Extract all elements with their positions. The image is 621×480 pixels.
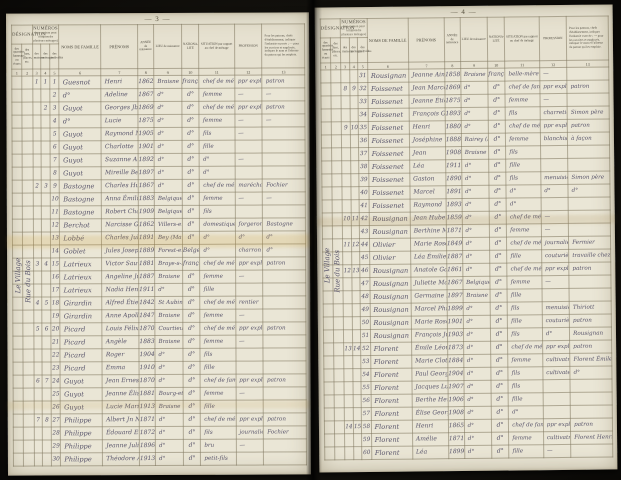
cell-pat <box>264 439 307 452</box>
cell-designation-rue <box>333 304 343 317</box>
cell-sit: chef de ménage <box>200 257 235 270</box>
cell-me <box>43 427 52 440</box>
cell-ma: 11 <box>343 239 352 252</box>
cell-an: 1887 <box>446 251 462 264</box>
cell-lieu: d° <box>155 374 183 387</box>
cell-nom: Rousignan <box>367 69 408 82</box>
cell-me <box>353 434 362 447</box>
cell-lieu: d° <box>464 393 491 406</box>
cell-sit: belle-mère <box>505 68 540 81</box>
cell-ma <box>343 278 352 291</box>
cell-pat: Bastogne <box>263 218 306 231</box>
cell-pre: Louis Félix <box>102 323 139 336</box>
cell-o: 29 <box>51 440 60 453</box>
cell-nat: d° <box>491 341 508 354</box>
cell-designation-rue <box>22 115 32 128</box>
cell-o: 35 <box>359 122 368 135</box>
cell-o: 11 <box>50 206 59 219</box>
cell-pre: Amélie <box>412 433 448 446</box>
cell-designation-rue <box>23 219 33 232</box>
cell-me <box>42 336 51 349</box>
cell-designation-rue <box>332 161 342 174</box>
cell-designation-quartier <box>12 128 22 141</box>
cell-pre: Jean <box>409 147 445 160</box>
scanned-page-left: — 3 — Le Village Rue du Bois DÉSIGNATION… <box>6 12 311 475</box>
cell-designation-quartier <box>13 245 23 258</box>
cell-an: 1867 <box>447 277 463 290</box>
column-header-noms: NOMS DE FAMILLE <box>367 18 409 62</box>
cell-ma <box>344 369 353 382</box>
cell-pat: à façon <box>568 132 610 145</box>
cell-nom: Picard <box>60 336 102 349</box>
table-row: 4d°Lucie1875d°d°femme—— <box>12 114 305 128</box>
cell-me: 6 <box>42 323 51 336</box>
cell-o: 39 <box>359 174 368 187</box>
cell-o: 9 <box>50 180 59 193</box>
table-row: 239BastogneCharles Hubert1867d°d°chef de… <box>12 179 305 193</box>
column-header-prenoms: PRÉNOMS <box>101 25 138 69</box>
cell-ma: 5 <box>33 323 42 336</box>
cell-nat: d° <box>183 348 201 361</box>
cell-ma <box>342 135 351 148</box>
cell-prof <box>235 205 263 218</box>
cell-me <box>351 200 360 213</box>
cell-pat: — <box>262 114 305 127</box>
cell-designation-rue <box>22 102 32 115</box>
cell-o: 1 <box>50 76 59 89</box>
cell-sit: fils <box>200 348 235 361</box>
cell-prof: — <box>542 275 569 288</box>
cell-lieu: d° <box>461 107 488 120</box>
cell-sit: fils <box>508 328 543 341</box>
cell-designation-quartier <box>323 252 333 265</box>
column-header-profession: PROFESSION <box>539 16 567 60</box>
cell-o: 48 <box>360 291 369 304</box>
cell-prof: maréchal ferrant <box>235 179 263 192</box>
cell-designation-rue <box>23 245 33 258</box>
cell-prof: ppr exploitant <box>542 340 569 353</box>
cell-prof: menuisier <box>542 301 569 314</box>
cell-an: 1881 <box>139 388 155 401</box>
cell-lieu: d° <box>463 302 490 315</box>
table-row: 26GuyotLucie Marie Renée1913Braisned°fil… <box>13 400 306 414</box>
cell-designation-quartier <box>324 369 334 382</box>
cell-prof: ppr exploitant <box>543 418 570 431</box>
cell-ma: 2 <box>33 180 42 193</box>
cell-an: 1859 <box>446 212 462 225</box>
column-header-annee: ANNÉE de naissance <box>444 18 460 62</box>
cell-designation-quartier <box>321 96 331 109</box>
cell-sit: fils <box>508 367 543 380</box>
cell-prof <box>540 158 567 171</box>
column-header-profession: PROFESSION <box>234 24 262 68</box>
cell-pre: Anatole Gaspard <box>411 264 447 277</box>
cell-nom: Foissenet <box>369 199 410 212</box>
cell-me: 3 <box>42 180 51 193</box>
cell-sit: femme <box>200 335 235 348</box>
cell-nat: d° <box>490 263 507 276</box>
cell-o: 13 <box>51 232 60 245</box>
cell-an: 1862 <box>138 76 154 89</box>
cell-o: 40 <box>359 187 368 200</box>
cell-lieu: d° <box>461 120 488 133</box>
cell-pat <box>263 361 306 374</box>
cell-sit: fille <box>508 315 543 328</box>
photo-background: — 3 — Le Village Rue du Bois DÉSIGNATION… <box>0 0 621 480</box>
cell-an: 1867 <box>138 89 154 102</box>
cell-pat <box>263 296 306 309</box>
cell-designation-rue <box>334 356 344 369</box>
cell-nat: d° <box>182 166 200 179</box>
cell-nat: d° <box>183 439 201 452</box>
cell-designation-quartier <box>13 310 23 323</box>
cell-me <box>42 232 51 245</box>
cell-pat: patron <box>263 322 306 335</box>
cell-pre: Émile Léon <box>411 342 447 355</box>
cell-designation-rue <box>23 414 33 427</box>
cell-lieu: Braisne <box>463 289 490 302</box>
cell-pat: patron <box>263 257 306 270</box>
cell-an: 1892 <box>138 154 154 167</box>
table-row: 7827PhilippeAlbert Jn Nicolas1871d°d°che… <box>13 413 306 427</box>
cell-pat <box>263 140 306 153</box>
cell-sit: fille <box>200 361 235 374</box>
cell-lieu: d° <box>154 88 182 101</box>
cell-ma <box>34 427 43 440</box>
cell-ma: 6 <box>34 375 43 388</box>
cell-me <box>42 206 51 219</box>
cell-pre: Jean Hubert Aimé <box>410 212 446 225</box>
cell-ma <box>32 115 41 128</box>
cell-nom: d° <box>59 115 101 128</box>
cell-designation-rue <box>334 343 344 356</box>
cell-o: 19 <box>51 310 60 323</box>
cell-designation-rue <box>24 427 34 440</box>
cell-sit: d° <box>509 406 544 419</box>
cell-nom: Florent <box>370 342 411 355</box>
cell-ma <box>33 271 42 284</box>
cell-an: 1875 <box>445 95 461 108</box>
cell-ma <box>345 434 354 447</box>
cell-lieu: d° <box>463 341 490 354</box>
cell-lieu: d° <box>462 250 489 263</box>
cell-pre: Alfred Étienne <box>102 297 139 310</box>
cell-designation-rue <box>23 284 33 297</box>
cell-designation-rue <box>22 89 32 102</box>
cell-an: 1881 <box>139 258 155 271</box>
cell-designation-rue <box>332 213 342 226</box>
cell-sit: fils <box>200 205 235 218</box>
cell-nat: d° <box>491 354 508 367</box>
cell-lieu: Villers-en-Prayères <box>154 218 182 231</box>
cell-an: 1899 <box>448 446 464 459</box>
cell-nom: Bastogne <box>60 180 102 193</box>
cell-nom: Foissenet <box>368 134 409 147</box>
cell-me <box>353 356 362 369</box>
cell-an: 1847 <box>139 310 155 323</box>
cell-pre: Léa <box>409 160 445 173</box>
cell-prof: charron <box>235 244 263 257</box>
cell-designation-quartier <box>322 239 332 252</box>
cell-designation-quartier <box>323 304 333 317</box>
cell-lieu: d° <box>461 159 488 172</box>
cell-nat: Belge <box>182 244 200 257</box>
cell-pre: Anna Émilie <box>102 193 139 206</box>
cell-o: 12 <box>50 219 59 232</box>
cell-an: 1862 <box>138 219 154 232</box>
cell-sit: fils <box>505 107 540 120</box>
cell-nat: d° <box>182 179 200 192</box>
cell-sit: d° <box>200 244 235 257</box>
cell-designation-rue <box>23 362 33 375</box>
cell-ma <box>33 219 42 232</box>
cell-pre: Charles Jules <box>102 232 139 245</box>
cell-o: 26 <box>51 401 60 414</box>
cell-nom: Rousignan <box>370 329 411 342</box>
cell-an: 1872 <box>139 427 155 440</box>
cell-pre: Germaine Estelle <box>411 290 447 303</box>
cell-lieu: d° <box>154 101 182 114</box>
cell-lieu: d° <box>463 328 490 341</box>
cell-o: 14 <box>51 245 60 258</box>
cell-designation-quartier <box>12 206 22 219</box>
cell-nat: d° <box>489 159 506 172</box>
cell-ma <box>33 193 42 206</box>
cell-pre: Élise Georgette <box>412 407 448 420</box>
cell-sit: d° <box>506 198 541 211</box>
cell-lieu: Braisne <box>154 75 182 88</box>
column-header-annee: ANNÉE de naissance <box>137 25 153 69</box>
cell-designation-quartier <box>321 83 331 96</box>
cell-designation-rue <box>23 193 33 206</box>
cell-nat: d° <box>490 315 507 328</box>
cell-prof: ppr exploitant <box>236 413 264 426</box>
cell-sit: chef de ménage <box>200 179 235 192</box>
cell-designation-rue <box>333 278 343 291</box>
cell-nom: Florent <box>370 355 411 368</box>
cell-pre: Anne Apolline <box>102 310 139 323</box>
cell-prof: — <box>236 335 264 348</box>
cell-lieu: d° <box>464 406 491 419</box>
cell-prof <box>236 400 264 413</box>
cell-designation-quartier <box>321 109 331 122</box>
cell-pat: Fochier <box>264 426 307 439</box>
cell-nom: Foissenet <box>367 82 408 95</box>
cell-me <box>42 401 51 414</box>
cell-ma <box>33 245 42 258</box>
cell-designation-rue <box>331 135 341 148</box>
cell-pre: Suzanne Anna <box>101 154 138 167</box>
cell-pre: Jacques Lucien <box>412 381 448 394</box>
cell-pat: patron <box>264 374 307 387</box>
cell-o: 10 <box>50 193 59 206</box>
cell-o: 20 <box>51 323 60 336</box>
cell-lieu: d° <box>462 198 489 211</box>
cell-an: 1865 <box>448 420 464 433</box>
cell-me <box>353 447 362 460</box>
cell-prof: d° <box>235 231 263 244</box>
cell-ma <box>33 336 42 349</box>
cell-o: 55 <box>361 382 370 395</box>
cell-sit: fils <box>201 426 236 439</box>
cell-lieu: Braisne <box>460 68 487 81</box>
cell-o: 44 <box>360 239 369 252</box>
cell-nat: d° <box>182 192 200 205</box>
cell-pre: Théodore André <box>103 453 140 466</box>
table-row: 21PicardAngèle1883Braisned°femme— <box>13 335 306 349</box>
cell-sit: fils <box>507 302 542 315</box>
cell-an: 1913 <box>139 401 155 414</box>
table-row: 19GirardinAnne Apolline1847Braisned°femm… <box>13 309 306 323</box>
cell-designation-rue <box>332 226 342 239</box>
cell-pre: Narcisse Gabriel <box>102 219 139 232</box>
column-header-situation: SITUATION par rapport au chef de ménage <box>199 24 234 68</box>
cell-designation-quartier <box>321 122 331 135</box>
cell-an: 1901 <box>138 141 154 154</box>
cell-nom: Girardin <box>60 297 102 310</box>
cell-an: 1908 <box>445 147 461 160</box>
cell-me: 5 <box>42 297 51 310</box>
cell-me <box>352 278 361 291</box>
cell-prof: — <box>540 67 567 80</box>
cell-designation-rue <box>23 336 33 349</box>
cell-sit: chef de ménage <box>508 341 543 354</box>
cell-an: 1887 <box>139 271 155 284</box>
cell-sit: chef de famille <box>201 374 236 387</box>
cell-ma: 13 <box>344 343 353 356</box>
cell-o: 17 <box>51 284 60 297</box>
cell-an: 1883 <box>139 336 155 349</box>
cell-sit: petit-fils <box>201 452 236 465</box>
cell-an: 1849 <box>446 238 462 251</box>
cell-pat <box>569 288 611 301</box>
cell-prof: — <box>236 387 264 400</box>
cell-lieu: Braisne <box>461 146 488 159</box>
cell-o: 8 <box>50 167 59 180</box>
cell-prof <box>543 379 570 392</box>
cell-pat: patron <box>262 75 305 88</box>
table-row: 17LatrieuxNadia Henriette1911d°d°fille <box>13 283 306 297</box>
cell-nat: d° <box>489 172 506 185</box>
cell-designation-quartier <box>324 395 334 408</box>
column-header-nationalite: NATIONA- LITÉ <box>487 17 505 61</box>
cell-nom: Picard <box>60 362 102 375</box>
cell-me <box>41 141 50 154</box>
cell-designation-quartier <box>13 453 23 466</box>
cell-me <box>350 70 359 83</box>
cell-lieu: Forest-en-Brie <box>155 244 183 257</box>
table-row: 4518GirardinAlfred Étienne1842St Aubind°… <box>13 296 306 310</box>
cell-pre: Raymond <box>410 199 446 212</box>
cell-prof: cultivateur <box>543 366 570 379</box>
cell-me <box>41 115 50 128</box>
cell-an: 1890 <box>446 173 462 186</box>
table-row: 23GuyotGeorges Jbte1869d°d°chef de ménag… <box>12 101 305 115</box>
cell-lieu: d° <box>463 354 490 367</box>
cell-nom: Olivier <box>369 238 410 251</box>
cell-pre: Jeanne Juliette <box>103 440 140 453</box>
cell-lieu: d° <box>154 114 182 127</box>
cell-pat <box>568 158 610 171</box>
cell-designation-rue <box>332 200 342 213</box>
cell-nom: Girardin <box>60 310 102 323</box>
cell-sit: fils <box>508 380 543 393</box>
cell-pre: Jean Ernest <box>102 375 139 388</box>
cell-an: 1909 <box>138 206 154 219</box>
cell-nat: d° <box>489 185 506 198</box>
cell-an: 1907 <box>448 381 464 394</box>
cell-pat <box>263 348 306 361</box>
cell-designation-quartier <box>324 356 334 369</box>
cell-prof: ppr exploitant <box>234 75 262 88</box>
cell-designation-quartier <box>325 434 335 447</box>
cell-me: 10 <box>350 122 359 135</box>
cell-pre: Lucie Marie Renée <box>103 401 140 414</box>
cell-designation-rue <box>334 382 344 395</box>
cell-me <box>42 362 51 375</box>
cell-nom: Latrieux <box>60 271 102 284</box>
cell-designation-quartier <box>12 232 22 245</box>
cell-o: 45 <box>360 252 369 265</box>
census-table: DÉSIGNATION NUMÉROS(une maison peut comp… <box>320 15 614 460</box>
cell-ma <box>342 148 351 161</box>
cell-pre: Victor Sauveur <box>102 258 139 271</box>
cell-me <box>41 154 50 167</box>
cell-pat: patron <box>264 413 307 426</box>
cell-nom: Lobbé <box>60 232 102 245</box>
cell-nom: Florent <box>371 420 412 433</box>
cell-nat: d° <box>183 309 201 322</box>
cell-me <box>42 245 51 258</box>
cell-ma <box>34 362 43 375</box>
cell-nom: Guyot <box>60 167 102 180</box>
cell-me <box>41 89 50 102</box>
cell-o: 2 <box>50 89 59 102</box>
cell-designation-quartier <box>324 408 334 421</box>
cell-pat: patron <box>262 101 305 114</box>
cell-ma <box>34 401 43 414</box>
cell-ma <box>33 167 42 180</box>
cell-nat: d° <box>183 322 201 335</box>
cell-designation-rue <box>335 434 345 447</box>
cell-me: 13 <box>352 265 361 278</box>
cell-nom: Foissenet <box>368 121 409 134</box>
cell-prof: menuisier <box>541 171 568 184</box>
cell-ma <box>344 356 353 369</box>
cell-o: 43 <box>360 226 369 239</box>
cell-nom: Guyot <box>60 154 102 167</box>
cell-pat: Rousignan <box>570 327 612 340</box>
column-header-prenoms: PRÉNOMS <box>408 18 444 62</box>
cell-sit: femme <box>505 94 540 107</box>
cell-pre: Charles Hubert <box>102 180 139 193</box>
subheader-quartier: des quartiers, hameaux ou écarts <box>12 44 22 69</box>
cell-designation-rue <box>23 388 33 401</box>
cell-an: 1871 <box>446 225 462 238</box>
cell-sit: femme <box>200 309 235 322</box>
cell-pat: Florent Émile <box>570 353 612 366</box>
cell-ma <box>34 440 43 453</box>
cell-o: 4 <box>50 115 59 128</box>
census-table: DÉSIGNATION NUMÉROS(une maison peut comp… <box>11 23 307 466</box>
cell-designation-rue <box>334 369 344 382</box>
cell-ma <box>32 102 41 115</box>
table-row: 3415LatrieuxVictor Sauveur1881Braye-s-La… <box>13 257 306 271</box>
cell-pat: Fermier <box>569 236 611 249</box>
table-row: 8GuyotMireille Berthe1897d°d°d° <box>12 166 305 180</box>
cell-me <box>350 148 359 161</box>
cell-an: 1870 <box>139 375 155 388</box>
